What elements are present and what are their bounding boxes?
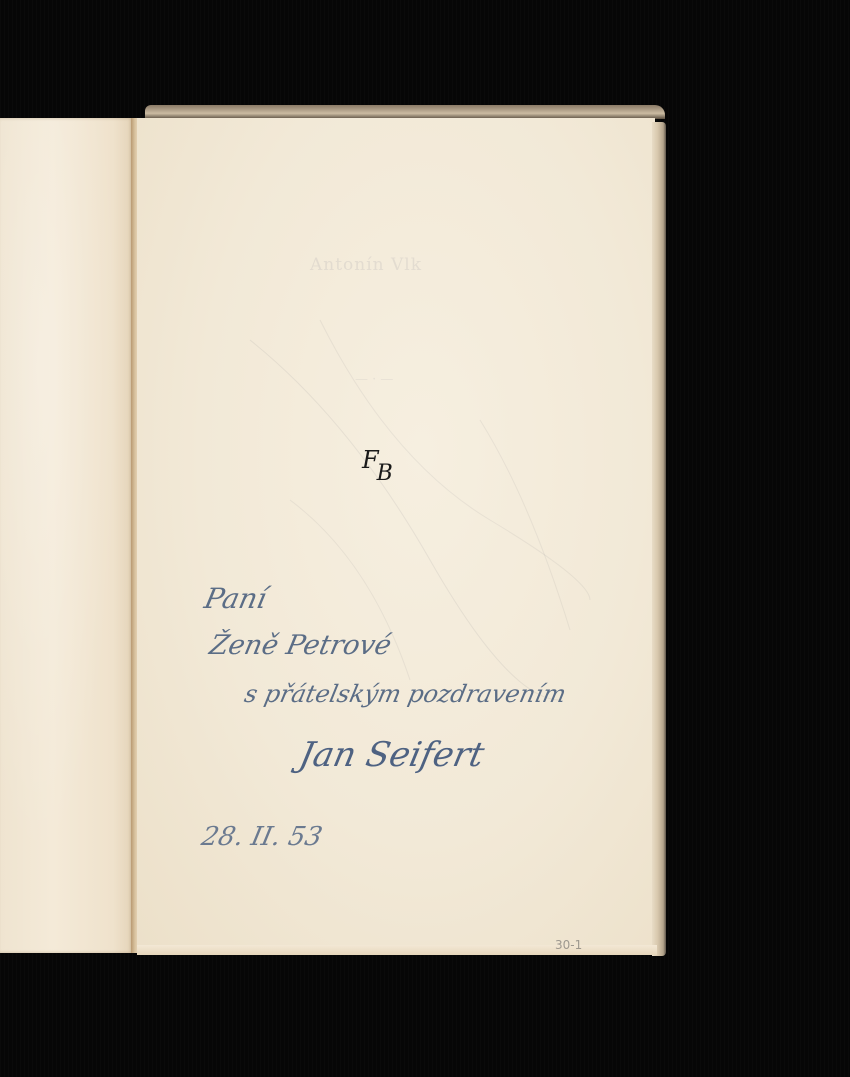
show-through-subtitle: — · — [355, 372, 393, 387]
signature: Jan Seifert [296, 735, 488, 775]
left-cover-endpaper [0, 118, 133, 953]
page-block-edge [652, 122, 666, 956]
dedication-date: 28. II. 53 [199, 822, 325, 852]
book-top-edge [145, 105, 665, 119]
dedication-line-3: s přátelským pozdravením [242, 680, 569, 708]
show-through-title: Antonín Vlk [310, 255, 422, 275]
printed-monogram: FB [362, 446, 395, 474]
dedication-line-2: Ženě Petrové [207, 630, 394, 661]
dedication-line-1: Paní [201, 582, 269, 615]
pencil-note: 30-1 [555, 938, 582, 952]
monogram-letter-b: B [377, 461, 393, 486]
